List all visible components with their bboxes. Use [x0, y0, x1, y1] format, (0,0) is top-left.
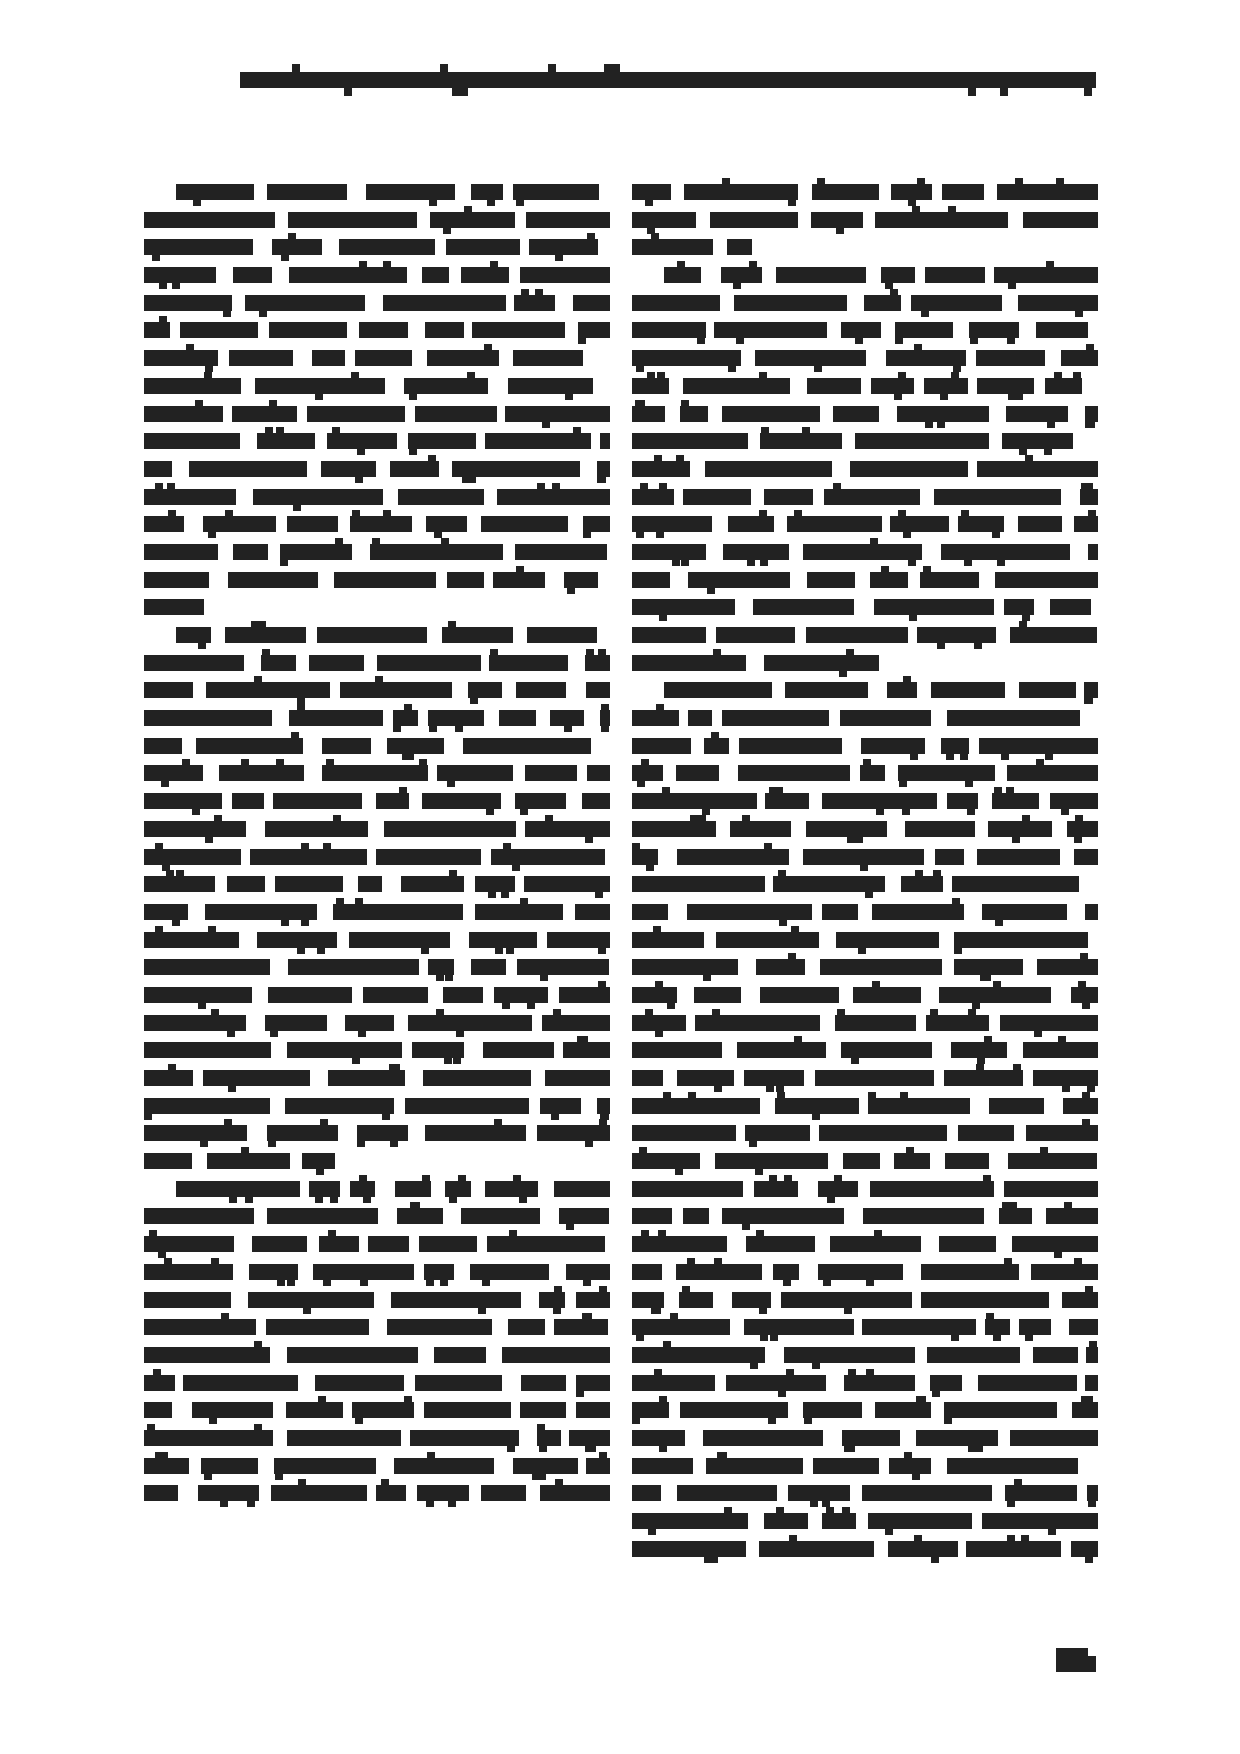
redacted-text-line [632, 1430, 1098, 1446]
redacted-text-line [632, 433, 1098, 449]
redacted-text-line [144, 599, 610, 615]
redacted-text-line [632, 212, 1098, 228]
redacted-text-line [144, 1319, 610, 1335]
redacted-text-line [632, 489, 1098, 505]
redacted-text-line [144, 1098, 610, 1114]
redacted-text-line [632, 793, 1098, 809]
redacted-text-line [144, 627, 610, 643]
redacted-text-line [632, 1402, 1098, 1418]
redacted-text-line [144, 516, 610, 532]
redacted-text-line [632, 1375, 1098, 1391]
redacted-text-line [144, 267, 610, 283]
document-page [0, 0, 1240, 1754]
redacted-text-line [144, 1375, 610, 1391]
redacted-text-line [632, 738, 1098, 754]
redacted-text-line [632, 1015, 1098, 1031]
redacted-text-line [144, 765, 610, 781]
redacted-text-line [144, 1181, 610, 1197]
redacted-text-line [144, 1264, 610, 1280]
redacted-text-line [632, 1541, 1098, 1557]
redacted-text-line [144, 655, 610, 671]
redacted-text-line [144, 406, 610, 422]
redacted-text-line [144, 1042, 610, 1058]
redacted-text-line [144, 212, 610, 228]
redacted-text-line [632, 1042, 1098, 1058]
redacted-text-line [144, 295, 610, 311]
redacted-text-line [144, 987, 610, 1003]
redacted-text-line [144, 1208, 610, 1224]
redacted-text-line [144, 1485, 610, 1501]
redacted-text-line [144, 1430, 610, 1446]
redacted-text-line [632, 350, 1098, 366]
redacted-text-line [632, 267, 1098, 283]
redacted-text-line [632, 655, 1098, 671]
redacted-text-line [632, 1292, 1098, 1308]
redacted-text-line [632, 1098, 1098, 1114]
redacted-text-line [144, 876, 610, 892]
redacted-text-line [632, 627, 1098, 643]
running-header-redacted [240, 72, 1096, 88]
redacted-text-line [632, 765, 1098, 781]
redacted-text-line [144, 710, 610, 726]
left-column [144, 184, 610, 1513]
redacted-text-line [632, 1458, 1098, 1474]
redacted-text-line [144, 959, 610, 975]
redacted-text-line [632, 821, 1098, 837]
redacted-text-line [144, 433, 610, 449]
redacted-text-line [144, 239, 610, 255]
redacted-text-line [144, 1402, 610, 1418]
redacted-text-line [632, 239, 1098, 255]
redacted-text-line [144, 350, 610, 366]
redacted-text-line [632, 682, 1098, 698]
redacted-text-line [144, 849, 610, 865]
redacted-text-line [144, 1125, 610, 1141]
redacted-text-line [632, 1485, 1098, 1501]
redacted-text-line [632, 849, 1098, 865]
redacted-text-line [144, 738, 610, 754]
redacted-text-line [632, 1264, 1098, 1280]
redacted-text-line [632, 876, 1098, 892]
redacted-text-line [144, 572, 610, 588]
redacted-text-line [144, 1153, 610, 1169]
redacted-text-line [632, 516, 1098, 532]
redacted-text-line [144, 793, 610, 809]
redacted-text-line [632, 1125, 1098, 1141]
redacted-text-line [144, 461, 610, 477]
redacted-text-line [144, 1458, 610, 1474]
redacted-text-line [632, 184, 1098, 200]
redacted-text-line [632, 710, 1098, 726]
redacted-text-line [144, 184, 610, 200]
right-column [632, 184, 1098, 1568]
redacted-text-line [144, 932, 610, 948]
redacted-text-line [632, 1070, 1098, 1086]
redacted-text-line [632, 1236, 1098, 1252]
redacted-text-line [144, 1347, 610, 1363]
redacted-text-line [632, 1208, 1098, 1224]
redacted-text-line [144, 1015, 610, 1031]
redacted-text-line [144, 1292, 610, 1308]
redacted-text-line [632, 406, 1098, 422]
redacted-text-line [144, 544, 610, 560]
redacted-text-line [632, 461, 1098, 477]
redacted-text-line [632, 904, 1098, 920]
redacted-text-line [632, 1347, 1098, 1363]
redacted-text-line [144, 1070, 610, 1086]
redacted-text-line [144, 322, 610, 338]
redacted-text-line [144, 1236, 610, 1252]
redacted-text-line [632, 1153, 1098, 1169]
page-number-redacted [1056, 1648, 1096, 1672]
redacted-text-line [632, 1181, 1098, 1197]
redacted-text-line [632, 1319, 1098, 1335]
redacted-text-line [632, 544, 1098, 560]
redacted-text-line [144, 489, 610, 505]
redacted-text-line [632, 322, 1098, 338]
redacted-text-line [632, 1513, 1098, 1529]
redacted-text-line [144, 904, 610, 920]
redacted-text-line [632, 378, 1098, 394]
redacted-text-line [632, 572, 1098, 588]
redacted-text-line [144, 378, 610, 394]
redacted-text-line [144, 821, 610, 837]
redacted-text-line [144, 682, 610, 698]
redacted-text-line [632, 295, 1098, 311]
redacted-text-line [632, 932, 1098, 948]
redacted-text-line [632, 959, 1098, 975]
redacted-text-line [632, 987, 1098, 1003]
redacted-text-line [632, 599, 1098, 615]
